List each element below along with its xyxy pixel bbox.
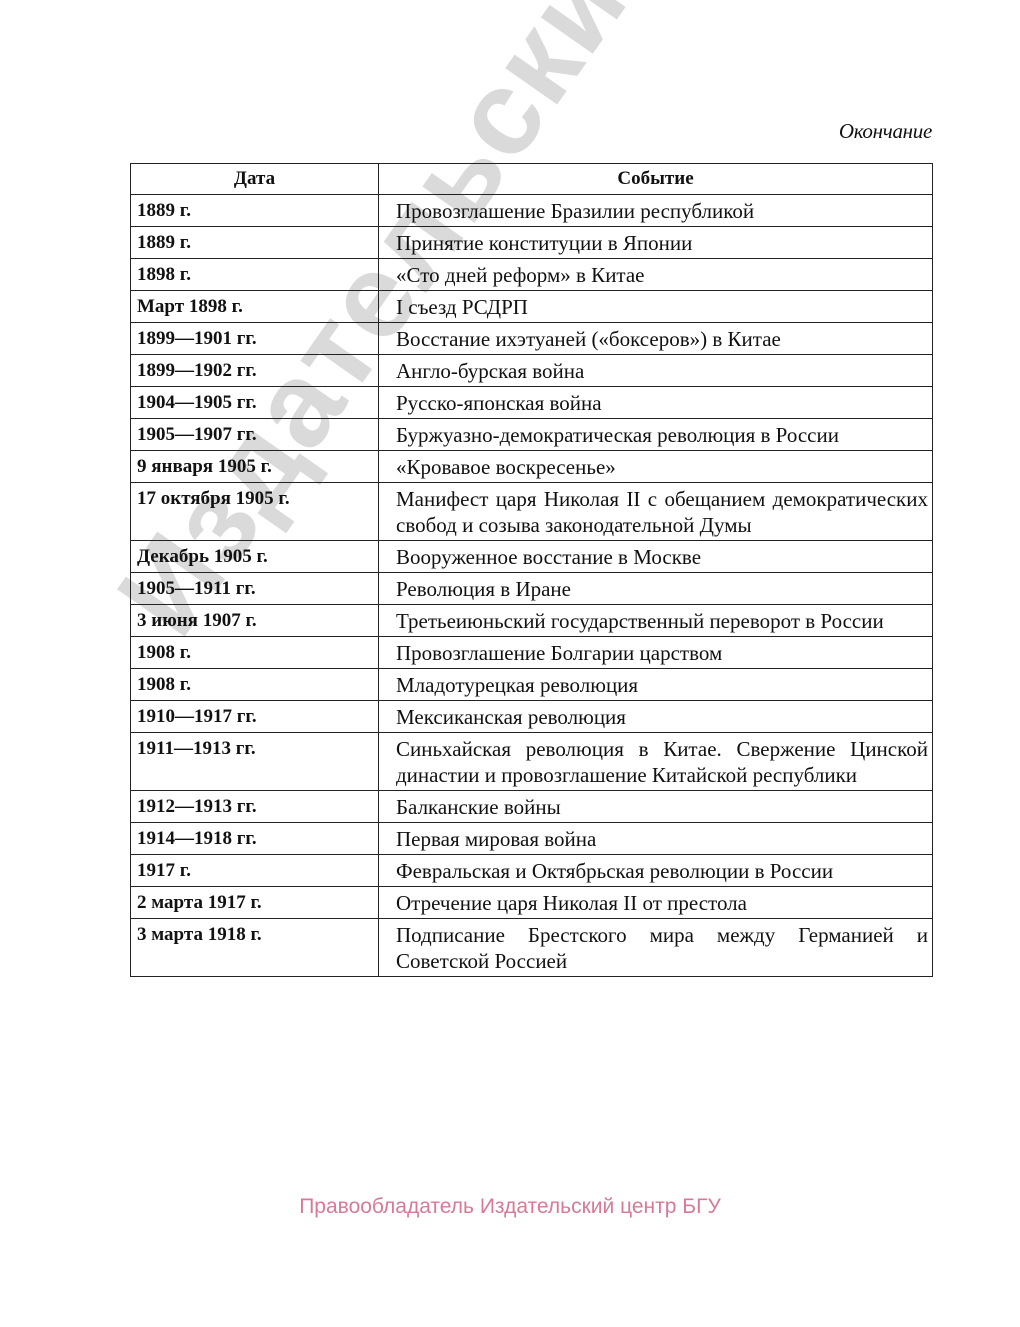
row-date: 17 октября 1905 г. [131,483,379,541]
row-date: 1898 г. [131,259,379,291]
row-date: Декабрь 1905 г. [131,541,379,573]
row-event: Революция в Иране [379,573,933,605]
copyright-footer: Правообладатель Издательский центр БГУ [0,1195,1020,1219]
row-date: 2 марта 1917 г. [131,887,379,919]
table-row: Март 1898 г.I съезд РСДРП [131,291,933,323]
row-event: Провозглашение Болгарии царством [379,637,933,669]
table-row: 1917 г.Февральская и Октябрьская революц… [131,855,933,887]
row-event: «Кровавое воскресенье» [379,451,933,483]
table-row: 1899—1902 гг.Англо-бурская война [131,355,933,387]
header-date: Дата [131,164,379,195]
table-row: 1911—1913 гг.Синьхайская революция в Кит… [131,733,933,791]
row-date: 1910—1917 гг. [131,701,379,733]
table-continuation-caption: Окончание [839,119,932,144]
row-date: 1912—1913 гг. [131,791,379,823]
table-row: 17 октября 1905 г.Манифест царя Николая … [131,483,933,541]
row-date: 1899—1901 гг. [131,323,379,355]
table-row: 2 марта 1917 г.Отречение царя Николая II… [131,887,933,919]
row-date: 1889 г. [131,195,379,227]
table-row: 1908 г.Младотурецкая революция [131,669,933,701]
row-event: Вооруженное восстание в Москве [379,541,933,573]
row-date: 1905—1911 гг. [131,573,379,605]
row-event: Англо-бурская война [379,355,933,387]
table-body: 1889 г.Провозглашение Бразилии республик… [131,195,933,977]
row-event: Третьеиюньский государственный переворот… [379,605,933,637]
row-date: 1908 г. [131,637,379,669]
table-header-row: Дата Событие [131,164,933,195]
table-row: 3 марта 1918 г.Подписание Брестского мир… [131,919,933,977]
table-row: 1908 г.Провозглашение Болгарии царством [131,637,933,669]
row-event: Принятие конституции в Японии [379,227,933,259]
table-row: 1904—1905 гг.Русско-японская война [131,387,933,419]
row-event: Младотурецкая революция [379,669,933,701]
table-row: 1914—1918 гг.Первая мировая война [131,823,933,855]
row-event: Манифест царя Николая II с обещанием дем… [379,483,933,541]
row-event: Провозглашение Бразилии республикой [379,195,933,227]
row-event: Русско-японская война [379,387,933,419]
table-row: 1910—1917 гг.Мексиканская революция [131,701,933,733]
row-date: 1899—1902 гг. [131,355,379,387]
row-date: 1914—1918 гг. [131,823,379,855]
table-row: 1898 г.«Сто дней реформ» в Китае [131,259,933,291]
row-date: 9 января 1905 г. [131,451,379,483]
row-event: Буржуазно-демократическая революция в Ро… [379,419,933,451]
table-row: 1905—1911 гг.Революция в Иране [131,573,933,605]
row-date: 1905—1907 гг. [131,419,379,451]
row-event: I съезд РСДРП [379,291,933,323]
row-event: Мексиканская революция [379,701,933,733]
row-event: Балканские войны [379,791,933,823]
table-row: Декабрь 1905 г.Вооруженное восстание в М… [131,541,933,573]
row-event: Февральская и Октябрьская революции в Ро… [379,855,933,887]
row-date: 1911—1913 гг. [131,733,379,791]
row-date: 1917 г. [131,855,379,887]
table-row: 1889 г.Принятие конституции в Японии [131,227,933,259]
row-event: Восстание ихэтуаней («боксеров») в Китае [379,323,933,355]
row-date: 1904—1905 гг. [131,387,379,419]
row-event: Синьхайская революция в Китае. Свержение… [379,733,933,791]
chronology-table: Дата Событие 1889 г.Провозглашение Брази… [130,163,933,977]
row-event: Отречение царя Николая II от престола [379,887,933,919]
row-date: Март 1898 г. [131,291,379,323]
row-event: Первая мировая война [379,823,933,855]
table-row: 1889 г.Провозглашение Бразилии республик… [131,195,933,227]
table-row: 9 января 1905 г. «Кровавое воскресенье» [131,451,933,483]
table-row: 3 июня 1907 г.Третьеиюньский государстве… [131,605,933,637]
row-date: 3 марта 1918 г. [131,919,379,977]
row-date: 1889 г. [131,227,379,259]
row-date: 3 июня 1907 г. [131,605,379,637]
row-event: «Сто дней реформ» в Китае [379,259,933,291]
row-date: 1908 г. [131,669,379,701]
table-row: 1905—1907 гг.Буржуазно-демократическая р… [131,419,933,451]
table-row: 1912—1913 гг.Балканские войны [131,791,933,823]
table-row: 1899—1901 гг.Восстание ихэтуаней («боксе… [131,323,933,355]
header-event: Событие [379,164,933,195]
row-event: Подписание Брестского мира между Германи… [379,919,933,977]
